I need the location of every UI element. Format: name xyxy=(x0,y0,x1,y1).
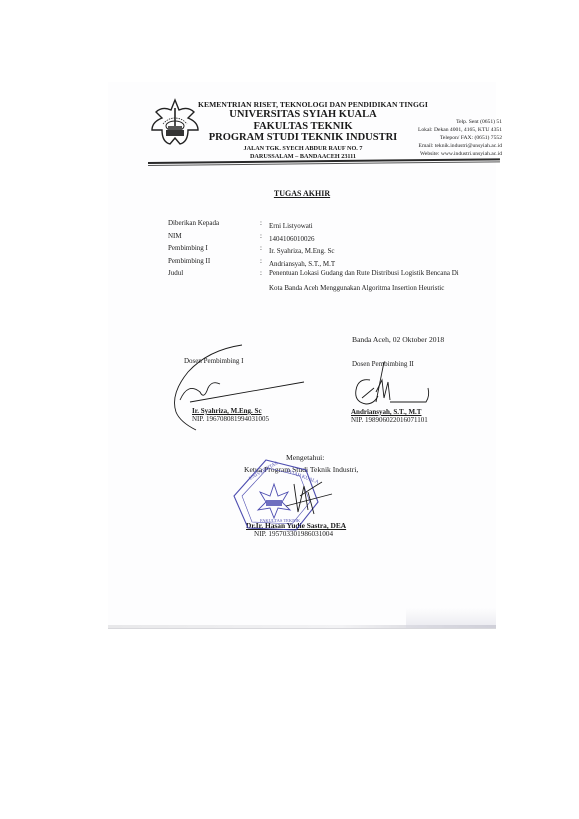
contact-website: Website: www.industri.unsyiah.ac.id xyxy=(376,150,502,158)
field-label: Pembimbing II xyxy=(168,257,260,265)
field-label: Diberikan Kepada xyxy=(168,219,260,227)
page-corner-shadow xyxy=(406,608,496,628)
place-date: Banda Aceh, 02 Oktober 2018 xyxy=(352,335,444,344)
advisor-2-name: Andriansyah, S.T., M.T xyxy=(351,408,421,416)
program-name: PROGRAM STUDI TEKNIK INDUSTRI xyxy=(206,132,400,143)
contact-local: Lokal: Dekan 4001, 4165, KTU 4351 xyxy=(376,126,502,134)
approval-heading: Mengetahui: xyxy=(286,453,324,462)
field-label: Judul xyxy=(168,269,260,277)
ministry-name: KEMENTRIAN RISET, TEKNOLOGI DAN PENDIDIK… xyxy=(198,100,428,109)
university-name: UNIVERSITAS SYIAH KUALA xyxy=(206,109,400,120)
field-colon: : xyxy=(260,219,262,227)
contact-phone: Telp. Sent (0651) 51 xyxy=(376,118,502,126)
approval-name: Dr.Ir. Hasan Yudie Sastra, DEA xyxy=(246,521,346,530)
field-colon: : xyxy=(260,257,262,265)
approval-signature xyxy=(286,482,332,514)
field-label: Pembimbing I xyxy=(168,244,260,252)
approval-role: Ketua Program Studi Teknik Industri, xyxy=(244,465,358,474)
document-title: TUGAS AKHIR xyxy=(108,189,496,198)
advisor-2-nip: NIP. 198906022016071101 xyxy=(351,416,428,424)
field-colon: : xyxy=(260,232,262,240)
advisor-2-signature xyxy=(356,362,429,404)
field-colon: : xyxy=(260,269,262,277)
contact-info: Telp. Sent (0651) 51 Lokal: Dekan 4001, … xyxy=(376,118,502,158)
approval-nip: NIP. 195703301986031004 xyxy=(254,530,333,538)
advisor-1-role: Dosen Pembimbing I xyxy=(184,357,244,365)
field-value: Penentuan Lokasi Gudang dan Rute Distrib… xyxy=(269,266,459,295)
contact-email: Email: teknik.industri@unsyiah.ac.id xyxy=(376,142,502,150)
contact-fax: Telepon/ FAX: (0651) 7552 xyxy=(376,134,502,142)
advisor-2-role: Dosen Pembimbing II xyxy=(352,360,414,368)
faculty-name: FAKULTAS TEKNIK xyxy=(206,121,400,132)
document-page: KEMENTRIAN RISET, TEKNOLOGI DAN PENDIDIK… xyxy=(108,82,496,628)
field-label: NIM xyxy=(168,232,260,240)
field-colon: : xyxy=(260,244,262,252)
advisor-1-nip: NIP. 196708081994031005 xyxy=(192,415,269,423)
address-line-1: JALAN TGK. SYECH ABDUR RAUF NO. 7 xyxy=(206,145,400,152)
advisor-1-name: Ir. Syahriza, M.Eng. Sc xyxy=(192,407,262,415)
university-emblem-icon xyxy=(148,96,202,150)
